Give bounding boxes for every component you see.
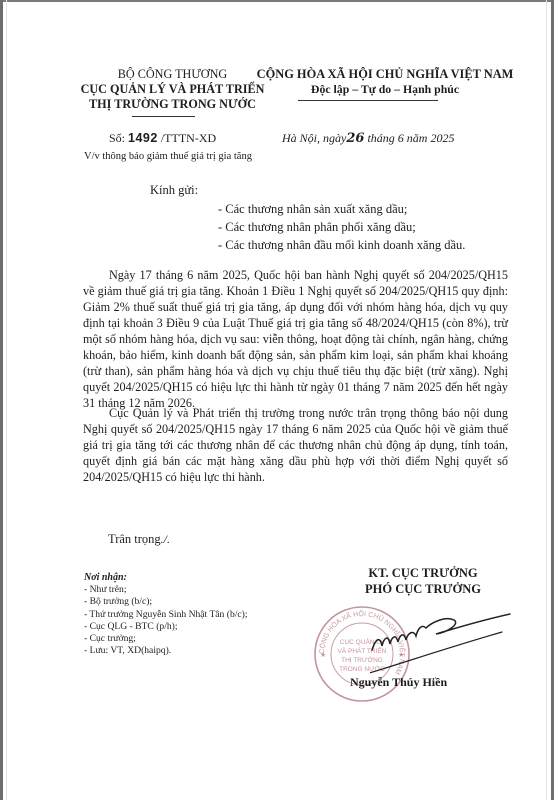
scan-edge-right [546, 0, 547, 800]
doc-number-value: 1492 [128, 131, 158, 145]
signatory-title: KT. CỤC TRƯỞNG PHÓ CỤC TRƯỞNG [338, 565, 508, 597]
cc-item: - Cục trưởng; [84, 633, 248, 645]
doc-number-suffix: /TTTN-XD [158, 131, 216, 145]
closing-mark: ./. [161, 532, 170, 546]
issuing-agency-header: BỘ CÔNG THƯƠNG CỤC QUẢN LÝ VÀ PHÁT TRIỂN… [80, 67, 265, 112]
subject-line: V/v thông báo giảm thuế giá trị gia tăng [84, 151, 252, 162]
ministry-name: BỘ CÔNG THƯƠNG [80, 67, 265, 82]
doc-number-prefix: Số: [109, 131, 128, 145]
signer-name: Nguyễn Thúy Hiền [350, 675, 447, 690]
closing-text: Trân trọng [108, 532, 161, 546]
recipient-item: - Các thương nhân phân phối xăng dầu; [218, 220, 416, 235]
agency-underline [132, 116, 195, 117]
motto-underline [298, 100, 438, 101]
cc-item: - Bộ trưởng (b/c); [84, 596, 248, 608]
svg-text:★: ★ [320, 651, 326, 659]
cc-item: - Lưu: VT, XD(haipq). [84, 645, 248, 657]
recipient-item: - Các thương nhân đầu mối kinh doanh xăn… [218, 238, 465, 253]
body-paragraph: Ngày 17 tháng 6 năm 2025, Quốc hội ban h… [83, 267, 508, 411]
closing: Trân trọng./. [108, 532, 170, 547]
signatory-title-line1: KT. CỤC TRƯỞNG [338, 565, 508, 581]
handwritten-day: 26 [346, 131, 364, 146]
recipients-list: Nơi nhận: - Như trên; - Bộ trưởng (b/c);… [84, 572, 248, 657]
place-date-suffix: tháng 6 năm 2025 [364, 131, 454, 145]
recipient-item: - Các thương nhân sản xuất xăng dầu; [218, 202, 407, 217]
page-border-top [0, 0, 554, 2]
national-motto: Độc lập – Tự do – Hạnh phúc [254, 82, 516, 97]
document-number: Số: 1492 /TTTN-XD [109, 131, 216, 146]
salutation: Kính gửi: [150, 183, 198, 198]
national-header: CỘNG HÒA XÃ HỘI CHỦ NGHĨA VIỆT NAM Độc l… [254, 67, 516, 97]
agency-name-line2: THỊ TRƯỜNG TRONG NƯỚC [80, 97, 265, 112]
scan-edge-left [6, 0, 7, 800]
handwritten-signature-icon [370, 610, 520, 680]
nation-name: CỘNG HÒA XÃ HỘI CHỦ NGHĨA VIỆT NAM [254, 67, 516, 82]
place-date-prefix: Hà Nội, ngày [282, 131, 346, 145]
agency-name-line1: CỤC QUẢN LÝ VÀ PHÁT TRIỂN [80, 82, 265, 97]
cc-item: - Cục QLG - BTC (p/h); [84, 621, 248, 633]
cc-item: - Như trên; [84, 584, 248, 596]
body-paragraph: Cục Quản lý và Phát triển thị trường tro… [83, 405, 508, 485]
signatory-title-line2: PHÓ CỤC TRƯỞNG [338, 581, 508, 597]
place-and-date: Hà Nội, ngày26 tháng 6 năm 2025 [282, 131, 454, 146]
cc-item: - Thứ trưởng Nguyễn Sinh Nhật Tân (b/c); [84, 609, 248, 621]
page-border-left [0, 0, 3, 800]
cc-title: Nơi nhận: [84, 572, 248, 584]
